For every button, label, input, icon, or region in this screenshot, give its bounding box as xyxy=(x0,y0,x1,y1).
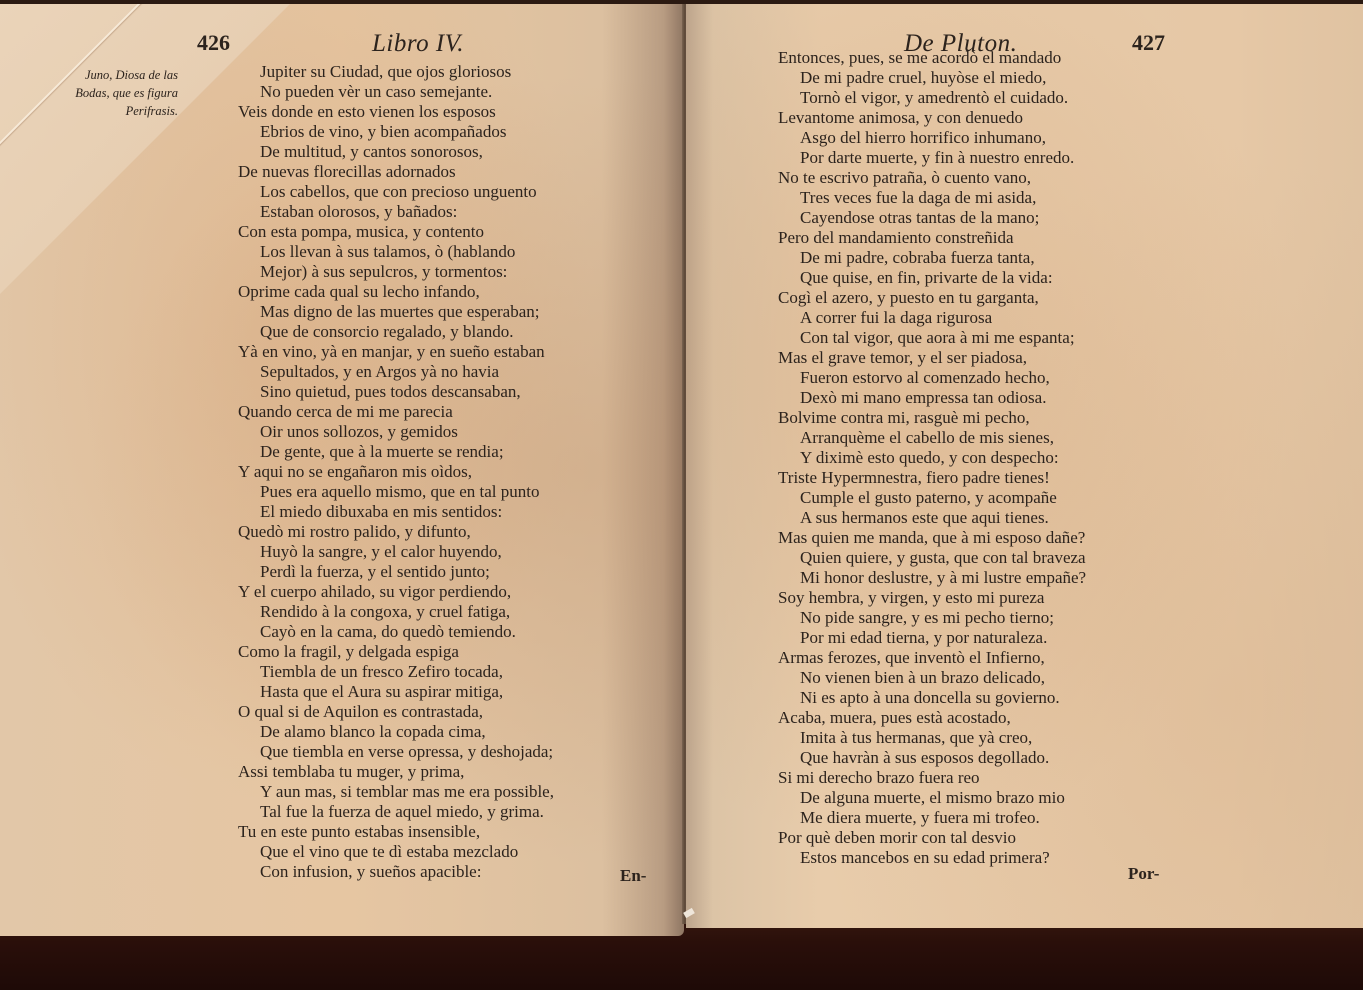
right-page: De Pluton. 427 Entonces, pues, se me aco… xyxy=(686,4,1363,928)
verse-line: Mi honor deslustre, y à mi lustre empañe… xyxy=(778,568,1086,588)
page-number-right: 427 xyxy=(1132,30,1165,56)
verse-line: Que el vino que te dì estaba mezclado xyxy=(238,842,554,862)
verse-line: Quando cerca de mi me parecia xyxy=(238,402,554,422)
verse-line: De multitud, y cantos sonorosos, xyxy=(238,142,554,162)
verse-line: Pero del mandamiento constreñida xyxy=(778,228,1086,248)
verse-line: Sepultados, y en Argos yà no havia xyxy=(238,362,554,382)
verse-line: Los cabellos, que con precioso unguento xyxy=(238,182,554,202)
page-number-left: 426 xyxy=(197,30,230,56)
verse-line: Ni es apto à una doncella su govierno. xyxy=(778,688,1086,708)
verse-line: Mejor) à sus sepulcros, y tormentos: xyxy=(238,262,554,282)
catchword-left: En- xyxy=(620,866,646,886)
verse-block-right: Entonces, pues, se me acordò el mandadoD… xyxy=(778,48,1086,868)
verse-line: Yà en vino, yà en manjar, y en sueño est… xyxy=(238,342,554,362)
verse-line: Armas ferozes, que inventò el Infierno, xyxy=(778,648,1086,668)
verse-line: No pueden vèr un caso semejante. xyxy=(238,82,554,102)
verse-line: Rendido à la congoxa, y cruel fatiga, xyxy=(238,602,554,622)
verse-line: De mi padre, cobraba fuerza tanta, xyxy=(778,248,1086,268)
verse-line: Cayendose otras tantas de la mano; xyxy=(778,208,1086,228)
verse-line: Imita à tus hermanas, que yà creo, xyxy=(778,728,1086,748)
verse-line: Levantome animosa, y con denuedo xyxy=(778,108,1086,128)
verse-line: A sus hermanos este que aqui tienes. xyxy=(778,508,1086,528)
verse-line: Bolvime contra mi, rasguè mi pecho, xyxy=(778,408,1086,428)
verse-line: Con tal vigor, que aora à mi me espanta; xyxy=(778,328,1086,348)
verse-block-left: Jupiter su Ciudad, que ojos gloriososNo … xyxy=(238,62,554,882)
verse-line: Con infusion, y sueños apacible: xyxy=(238,862,554,882)
verse-line: Cogì el azero, y puesto en tu garganta, xyxy=(778,288,1086,308)
verse-line: Sino quietud, pues todos descansaban, xyxy=(238,382,554,402)
verse-line: Asgo del hierro horrifico inhumano, xyxy=(778,128,1086,148)
verse-line: Por darte muerte, y fin à nuestro enredo… xyxy=(778,148,1086,168)
verse-line: De gente, que à la muerte se rendia; xyxy=(238,442,554,462)
verse-line: Con esta pompa, musica, y contento xyxy=(238,222,554,242)
verse-line: Hasta que el Aura su aspirar mitiga, xyxy=(238,682,554,702)
running-head-left: Libro IV. xyxy=(372,30,464,58)
verse-line: Tu en este punto estabas insensible, xyxy=(238,822,554,842)
verse-line: Quedò mi rostro palido, y difunto, xyxy=(238,522,554,542)
verse-line: No te escrivo patraña, ò cuento vano, xyxy=(778,168,1086,188)
verse-line: Veis donde en esto vienen los esposos xyxy=(238,102,554,122)
verse-line: Triste Hypermnestra, fiero padre tienes! xyxy=(778,468,1086,488)
verse-line: Assi temblaba tu muger, y prima, xyxy=(238,762,554,782)
verse-line: Mas quien me manda, que à mi esposo dañe… xyxy=(778,528,1086,548)
verse-line: Mas el grave temor, y el ser piadosa, xyxy=(778,348,1086,368)
verse-line: Soy hembra, y virgen, y esto mi pureza xyxy=(778,588,1086,608)
verse-line: Me diera muerte, y fuera mi trofeo. xyxy=(778,808,1086,828)
verse-line: Y el cuerpo ahilado, su vigor perdiendo, xyxy=(238,582,554,602)
verse-line: Perdì la fuerza, y el sentido junto; xyxy=(238,562,554,582)
verse-line: Los llevan à sus talamos, ò (hablando xyxy=(238,242,554,262)
verse-line: Cumple el gusto paterno, y acompañe xyxy=(778,488,1086,508)
verse-line: A correr fui la daga rigurosa xyxy=(778,308,1086,328)
catchword-right: Por- xyxy=(1128,864,1159,884)
verse-line: Que de consorcio regalado, y blando. xyxy=(238,322,554,342)
verse-line: Cayò en la cama, do quedò temiendo. xyxy=(238,622,554,642)
verse-line: Oprime cada qual su lecho infando, xyxy=(238,282,554,302)
verse-line: O qual si de Aquilon es contrastada, xyxy=(238,702,554,722)
verse-line: Estos mancebos en su edad primera? xyxy=(778,848,1086,868)
verse-line: No pide sangre, y es mi pecho tierno; xyxy=(778,608,1086,628)
verse-line: Tres veces fue la daga de mi asida, xyxy=(778,188,1086,208)
verse-line: Acaba, muera, pues està acostado, xyxy=(778,708,1086,728)
verse-line: Quien quiere, y gusta, que con tal brave… xyxy=(778,548,1086,568)
verse-line: Mas digno de las muertes que esperaban; xyxy=(238,302,554,322)
verse-line: Y aun mas, si temblar mas me era possibl… xyxy=(238,782,554,802)
verse-line: Fueron estorvo al comenzado hecho, xyxy=(778,368,1086,388)
verse-line: Que tiembla en verse opressa, y deshojad… xyxy=(238,742,554,762)
verse-line: De alamo blanco la copada cima, xyxy=(238,722,554,742)
verse-line: Oir unos sollozos, y gemidos xyxy=(238,422,554,442)
verse-line: Que quise, en fin, privarte de la vida: xyxy=(778,268,1086,288)
verse-line: Tiembla de un fresco Zefiro tocada, xyxy=(238,662,554,682)
verse-line: De mi padre cruel, huyòse el miedo, xyxy=(778,68,1086,88)
verse-line: Ebrios de vino, y bien acompañados xyxy=(238,122,554,142)
verse-line: El miedo dibuxaba en mis sentidos: xyxy=(238,502,554,522)
verse-line: Entonces, pues, se me acordò el mandado xyxy=(778,48,1086,68)
verse-line: Dexò mi mano empressa tan odiosa. xyxy=(778,388,1086,408)
verse-line: Como la fragil, y delgada espiga xyxy=(238,642,554,662)
verse-line: Si mi derecho brazo fuera reo xyxy=(778,768,1086,788)
verse-line: Huyò la sangre, y el calor huyendo, xyxy=(238,542,554,562)
verse-line: Por què deben morir con tal desvio xyxy=(778,828,1086,848)
verse-line: No vienen bien à un brazo delicado, xyxy=(778,668,1086,688)
verse-line: Y aqui no se engañaron mis oìdos, xyxy=(238,462,554,482)
verse-line: Jupiter su Ciudad, que ojos gloriosos xyxy=(238,62,554,82)
verse-line: De alguna muerte, el mismo brazo mio xyxy=(778,788,1086,808)
verse-line: Tal fue la fuerza de aquel miedo, y grim… xyxy=(238,802,554,822)
verse-line: Que havràn à sus esposos degollado. xyxy=(778,748,1086,768)
verse-line: Por mi edad tierna, y por naturaleza. xyxy=(778,628,1086,648)
verse-line: De nuevas florecillas adornados xyxy=(238,162,554,182)
verse-line: Pues era aquello mismo, que en tal punto xyxy=(238,482,554,502)
verse-line: Y diximè esto quedo, y con despecho: xyxy=(778,448,1086,468)
verse-line: Tornò el vigor, y amedrentò el cuidado. xyxy=(778,88,1086,108)
verse-line: Arranquème el cabello de mis sienes, xyxy=(778,428,1086,448)
left-page: 426 Libro IV. Juno, Diosa de las Bodas, … xyxy=(0,4,684,936)
verse-line: Estaban olorosos, y bañados: xyxy=(238,202,554,222)
margin-note: Juno, Diosa de las Bodas, que es figura … xyxy=(58,66,178,120)
